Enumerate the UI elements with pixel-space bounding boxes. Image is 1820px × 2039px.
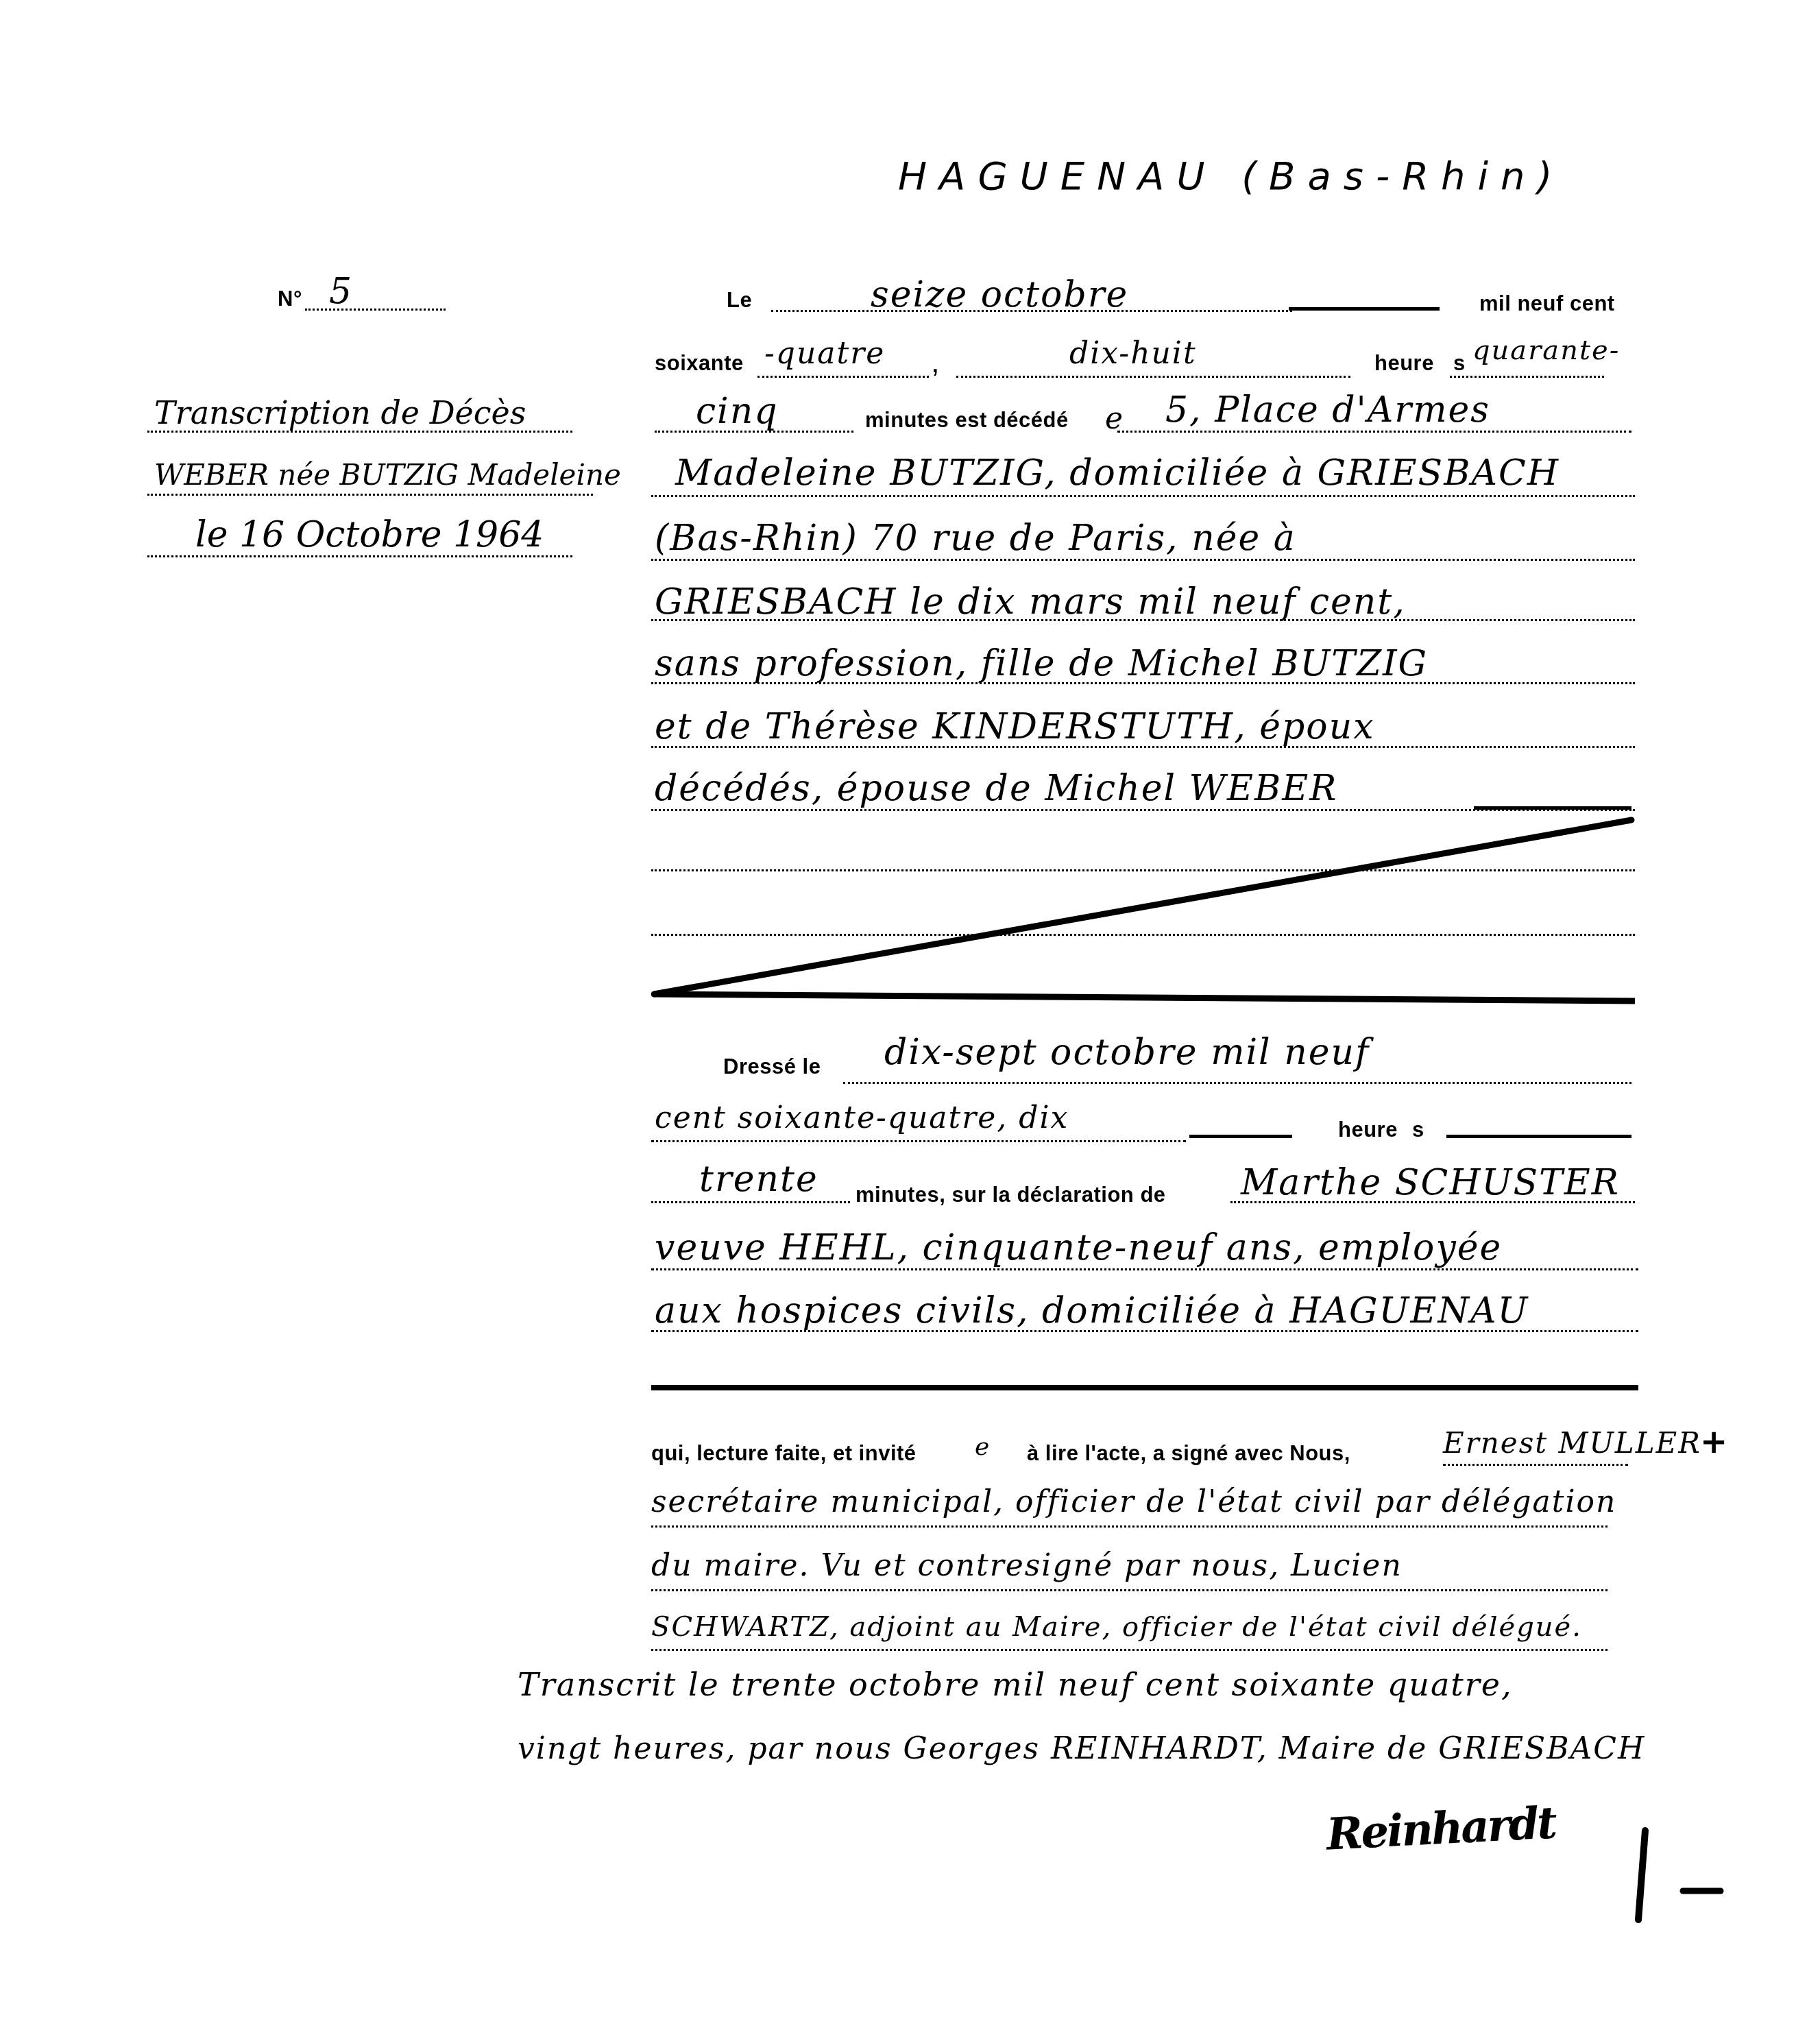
- form-rule: [651, 1525, 1607, 1528]
- civil-record-page: HAGUENAU (Bas-Rhin) N° 5 Transcription d…: [0, 0, 1820, 2039]
- margin-note-line3: le 16 Octobre 1964: [195, 514, 544, 555]
- mayor-signature: Reinhardt: [1325, 1797, 1556, 1860]
- heure-label: heure: [1374, 351, 1434, 376]
- signature-line2: secrétaire municipal, officier de l'état…: [651, 1484, 1616, 1519]
- drawn-up-line2: cent soixante-quatre, dix: [655, 1100, 1069, 1135]
- death-line9: décédés, épouse de Michel WEBER: [655, 768, 1337, 809]
- drawn-up-line4: veuve HEHL, cinquante-neuf ans, employée: [655, 1227, 1502, 1268]
- signature-line3: du maire. Vu et contresigné par nous, Lu…: [651, 1548, 1403, 1583]
- form-rule: [1117, 431, 1631, 433]
- filler-stroke: [1289, 307, 1440, 311]
- form-rule: [651, 1330, 1638, 1332]
- transcription-line1: Transcrit le trente octobre mil neuf cen…: [518, 1666, 1513, 1703]
- death-hour: dix-huit: [1069, 336, 1197, 371]
- drawn-up-date: dix-sept octobre mil neuf: [884, 1032, 1370, 1073]
- form-rule: [651, 1589, 1607, 1591]
- mil-neuf-cent-label: mil neuf cent: [1479, 291, 1615, 316]
- dresse-label: Dressé le: [723, 1054, 821, 1079]
- death-line6: GRIESBACH le dix mars mil neuf cent,: [655, 581, 1406, 623]
- form-rule: [651, 619, 1635, 621]
- death-minutes-part1: quarante-: [1472, 335, 1620, 366]
- declaration-label: minutes, sur la déclaration de: [856, 1183, 1166, 1207]
- act-number-label: N°: [278, 287, 302, 311]
- form-rule: [1443, 1464, 1628, 1466]
- form-rule: [651, 495, 1635, 497]
- year-suffix: -quatre: [764, 336, 885, 371]
- signature-line4: SCHWARTZ, adjoint au Maire, officier de …: [651, 1611, 1582, 1643]
- form-rule: [651, 746, 1635, 748]
- form-rule: [1450, 376, 1604, 378]
- form-rule: [651, 559, 1635, 561]
- form-rule: [651, 1268, 1638, 1270]
- soixante-label: soixante: [655, 351, 744, 376]
- comma: ,: [932, 353, 938, 378]
- act-number-line: [305, 309, 446, 311]
- heure-label-2: heure: [1338, 1118, 1398, 1142]
- death-place: 5, Place d'Armes: [1165, 389, 1490, 431]
- death-line4: Madeleine BUTZIG, domiciliée à GRIESBACH: [675, 453, 1560, 494]
- invite-suffix: e: [975, 1433, 991, 1461]
- form-rule: [651, 682, 1635, 684]
- lecture-label-part2: à lire l'acte, a signé avec Nous,: [1027, 1441, 1350, 1466]
- cancellation-stroke: [651, 809, 1638, 1015]
- lecture-label-part1: qui, lecture faite, et invité: [651, 1441, 917, 1466]
- officer-name: Ernest MULLER: [1443, 1426, 1701, 1460]
- form-rule: [956, 376, 1350, 378]
- filler-stroke: [1189, 1135, 1292, 1138]
- form-rule: [651, 1140, 1186, 1142]
- death-date: seize octobre: [871, 274, 1128, 315]
- drawn-up-line5: aux hospices civils, domiciliée à HAGUEN…: [655, 1290, 1529, 1331]
- margin-rule: [147, 494, 593, 496]
- margin-note-line1: Transcription de Décès: [154, 394, 526, 431]
- margin-note-line2: WEBER née BUTZIG Madeleine: [154, 458, 621, 492]
- heure-plural: s: [1453, 351, 1466, 376]
- form-rule: [757, 376, 929, 378]
- form-rule: [651, 1201, 850, 1203]
- filler-stroke: [1446, 1135, 1631, 1138]
- section-divider: [651, 1385, 1638, 1390]
- cross-mark: +: [1700, 1423, 1727, 1461]
- heure-plural-2: s: [1412, 1118, 1424, 1142]
- death-line7: sans profession, fille de Michel BUTZIG: [655, 643, 1428, 684]
- margin-rule: [147, 555, 572, 557]
- margin-rule: [147, 431, 572, 433]
- minutes-est-decede-label: minutes est décédé: [865, 408, 1069, 433]
- death-line8: et de Thérèse KINDERSTUTH, époux: [655, 706, 1374, 747]
- death-line5: (Bas-Rhin) 70 rue de Paris, née à: [655, 518, 1296, 559]
- signature-flourish: [1618, 1824, 1727, 1927]
- form-rule: [843, 1082, 1631, 1084]
- death-minutes-part2: cinq: [696, 391, 779, 432]
- form-rule: [651, 1649, 1607, 1651]
- transcription-line2: vingt heures, par nous Georges REINHARDT…: [518, 1731, 1645, 1766]
- commune-header: HAGUENAU (Bas-Rhin): [898, 154, 1564, 199]
- drawn-up-minutes: trente: [699, 1159, 818, 1200]
- act-number: 5: [329, 271, 353, 312]
- declarant-name: Marthe SCHUSTER: [1241, 1162, 1620, 1203]
- le-label: Le: [727, 288, 752, 313]
